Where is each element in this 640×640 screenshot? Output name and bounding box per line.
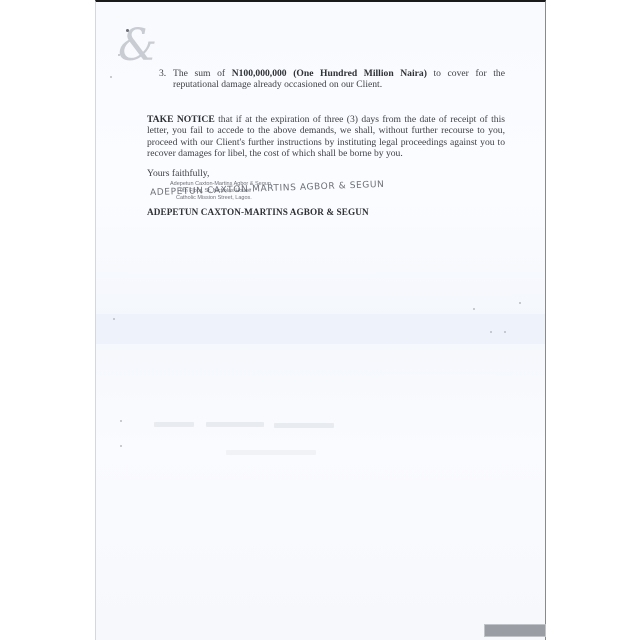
item-line-2: reputational damage already occasioned o… (173, 79, 382, 90)
scan-speck (504, 331, 506, 333)
bleed-through-mark (274, 423, 334, 428)
take-notice-lead: TAKE NOTICE (147, 114, 215, 125)
scan-speck (126, 29, 129, 32)
scan-speck (519, 302, 521, 304)
scan-speck (473, 308, 475, 310)
item-prefix: The sum of (173, 68, 232, 79)
firm-logo-ampersand-icon: & (118, 24, 157, 68)
scan-speck (118, 54, 120, 56)
demand-item-3: 3. The sum of N100,000,000 (One Hundred … (159, 68, 505, 91)
scan-speck (120, 445, 122, 447)
take-notice-paragraph: TAKE NOTICE that if at the expiration of… (147, 114, 505, 160)
closing-salutation: Yours faithfully, (147, 168, 209, 179)
firm-name: ADEPETUN CAXTON-MARTINS AGBOR & SEGUN (147, 207, 369, 217)
bleed-through-mark (206, 422, 264, 427)
letter-page: & 3. The sum of N100,000,000 (One Hundre… (95, 0, 546, 640)
demand-amount: N100,000,000 (One Hundred Million Naira) (232, 68, 427, 79)
redaction-bar (484, 624, 546, 637)
scan-speck (490, 331, 492, 333)
item-number: 3. (159, 68, 166, 79)
bleed-through-mark (226, 450, 316, 455)
scan-speck (110, 76, 112, 78)
item-suffix: to cover for the (427, 68, 505, 79)
scan-speck (113, 318, 115, 320)
bleed-through-mark (154, 422, 194, 427)
scan-speck (120, 420, 122, 422)
scan-canvas: & 3. The sum of N100,000,000 (One Hundre… (0, 0, 640, 640)
